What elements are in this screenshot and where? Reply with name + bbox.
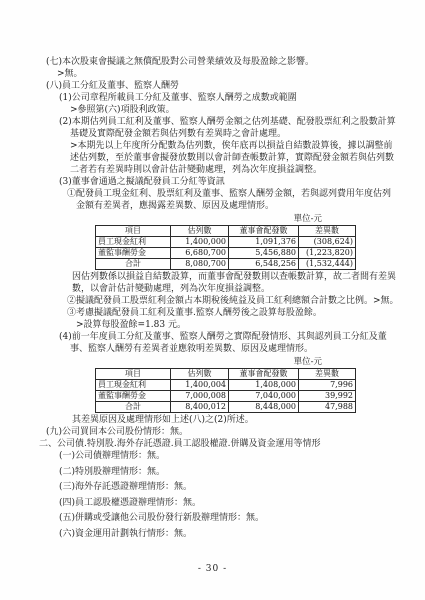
column-header-board: 董事會配發數 [229,226,299,237]
item-8-3-point-1: ①配發員工現金紅利、股票紅利及董事、監察人酬勞金額，若與認列費用年度估列金額有差… [67,188,399,212]
item-8-1-title: (1)公司章程所載員工分紅及董事、監察人酬勞之成數或範圍 [59,92,399,104]
table-cell: (1,223,820) [299,248,356,259]
list-item-preferred-shares: (二)特別股辦理情形：無。 [59,466,399,478]
table-cell: 合計 [96,259,171,270]
table-total-row: 合計 8,080,700 6,548,256 (1,532,444) [96,259,356,270]
column-header-est: 估列數 [171,369,229,380]
table-total-row: 合計 8,400,012 8,448,000 47,988 [96,402,356,413]
item-8-3-point-3-answer: >設算每股盈餘=1.83 元。 [76,319,399,331]
table-cell: 1,091,376 [229,237,299,248]
document-body: (七)本次股東會擬議之無償配股對公司營業績效及每股盈餘之影響。 >無。 (八)員… [0,0,425,540]
table-cell: 47,988 [299,402,356,413]
item-8-2-title: (2)本期估列員工紅利及董事、監察人酬勞金額之估列基礎、配發股票紅利之股數計算基… [59,116,399,140]
table-cell: 5,456,880 [229,248,299,259]
column-header-diff: 差異數 [299,369,356,380]
column-header-diff: 差異數 [299,226,356,237]
item-8-3-point-2: ②擬議配發員工股票紅利金額占本期稅後純益及員工紅利總額合計數之比例。>無。 [67,295,399,307]
column-header-board: 董事會配發數 [229,369,299,380]
table-header-row: 項目 估列數 董事會配發數 差異數 [96,226,356,237]
table-cell: 1,408,000 [229,380,299,391]
table-cell: 董監事酬勞金 [96,248,171,259]
bonus-allocation-table-current: 項目 估列數 董事會配發數 差異數 員工現金紅利 1,400,000 1,091… [95,225,356,270]
item-8-4-title: (4)前一年度員工分紅及董事、監察人酬勞之實際配發情形、其與認列員工分紅及董事、… [59,331,399,355]
unit-label-table-2: 單位-元 [46,357,322,367]
item-8-title: (八)員工分紅及董事、監察人酬勞 [46,80,399,92]
table-row: 員工現金紅利 1,400,000 1,091,376 (308,624) [96,237,356,248]
table-cell: 8,080,700 [171,259,229,270]
table-cell: 8,448,000 [229,402,299,413]
unit-label-table-1: 單位-元 [46,214,322,224]
table-header-row: 項目 估列數 董事會配發數 差異數 [96,369,356,380]
table-cell: 合計 [96,402,171,413]
section-2-title: 二、公司債.特別股.海外存託憑證.員工認股權證.併購及資金運用等情形 [39,438,399,450]
document-page: (七)本次股東會擬議之無償配股對公司營業績效及每股盈餘之影響。 >無。 (八)員… [0,0,425,600]
table-row: 董監事酬勞金 7,000,008 7,040,000 39,992 [96,391,356,402]
item-7-title: (七)本次股東會擬議之無償配股對公司營業績效及每股盈餘之影響。 [46,56,399,68]
list-item-stock-warrants: (四)員工認股權憑證辦理情形：無。 [59,497,399,509]
table-cell: 董監事酬勞金 [96,391,171,402]
item-8-1-answer: >參照第(六)項股利政策。 [70,104,399,116]
item-8-3-point-3: ③考慮擬議配發員工紅利及董事.監察人酬勞後之設算每股盈餘。 [67,307,399,319]
column-header-item: 項目 [96,226,171,237]
table-cell: 6,680,700 [171,248,229,259]
table-cell: 7,000,008 [171,391,229,402]
list-item-depositary-receipts: (三)海外存託憑證辦理情形：無。 [59,481,399,493]
table-cell: (308,624) [299,237,356,248]
table-row: 董監事酬勞金 6,680,700 5,456,880 (1,223,820) [96,248,356,259]
column-header-est: 估列數 [171,226,229,237]
table-row: 員工現金紅利 1,400,004 1,408,000 7,996 [96,380,356,391]
section-2-list: (一)公司債辦理情形：無。 (二)特別股辦理情形：無。 (三)海外存託憑證辦理情… [46,450,399,540]
item-9-title: (九)公司買回本公司股份情形：無。 [46,426,399,438]
table-cell: 1,400,004 [171,380,229,391]
table-cell: 員工現金紅利 [96,380,171,391]
table-cell: 7,996 [299,380,356,391]
table-cell: 員工現金紅利 [96,237,171,248]
item-8-3-note: 因估列數係以損益自結數設算，而董事會配發數則以查帳數計算，故二者間有差異數，以會… [72,271,399,295]
list-item-merger-new-shares: (五)併購或受讓他公司股份發行新股辦理情形：無。 [59,512,399,524]
item-8-3-title: (3)董事會通過之擬議配發員工分紅等資訊 [59,176,399,188]
item-7-answer: >無。 [57,68,399,80]
item-8-4-note: 其差異原因及處理情形如上述(八)之(2)所述。 [72,414,399,426]
table-cell: (1,532,444) [299,259,356,270]
list-item-corporate-bonds: (一)公司債辦理情形：無。 [59,450,399,462]
table-cell: 6,548,256 [229,259,299,270]
table-cell: 39,992 [299,391,356,402]
column-header-item: 項目 [96,369,171,380]
page-number: - 30 - [0,564,425,574]
item-8-2-answer: >本期先以上年度所分配數為估列數，俟年底再以損益自結數設算後，據以調整前述估列數… [70,140,399,176]
bonus-allocation-table-previous: 項目 估列數 董事會配發數 差異數 員工現金紅利 1,400,004 1,408… [95,368,356,413]
table-cell: 8,400,012 [171,402,229,413]
list-item-capital-utilization: (六)資金運用計劃執行情形：無。 [59,528,399,540]
table-cell: 1,400,000 [171,237,229,248]
table-cell: 7,040,000 [229,391,299,402]
